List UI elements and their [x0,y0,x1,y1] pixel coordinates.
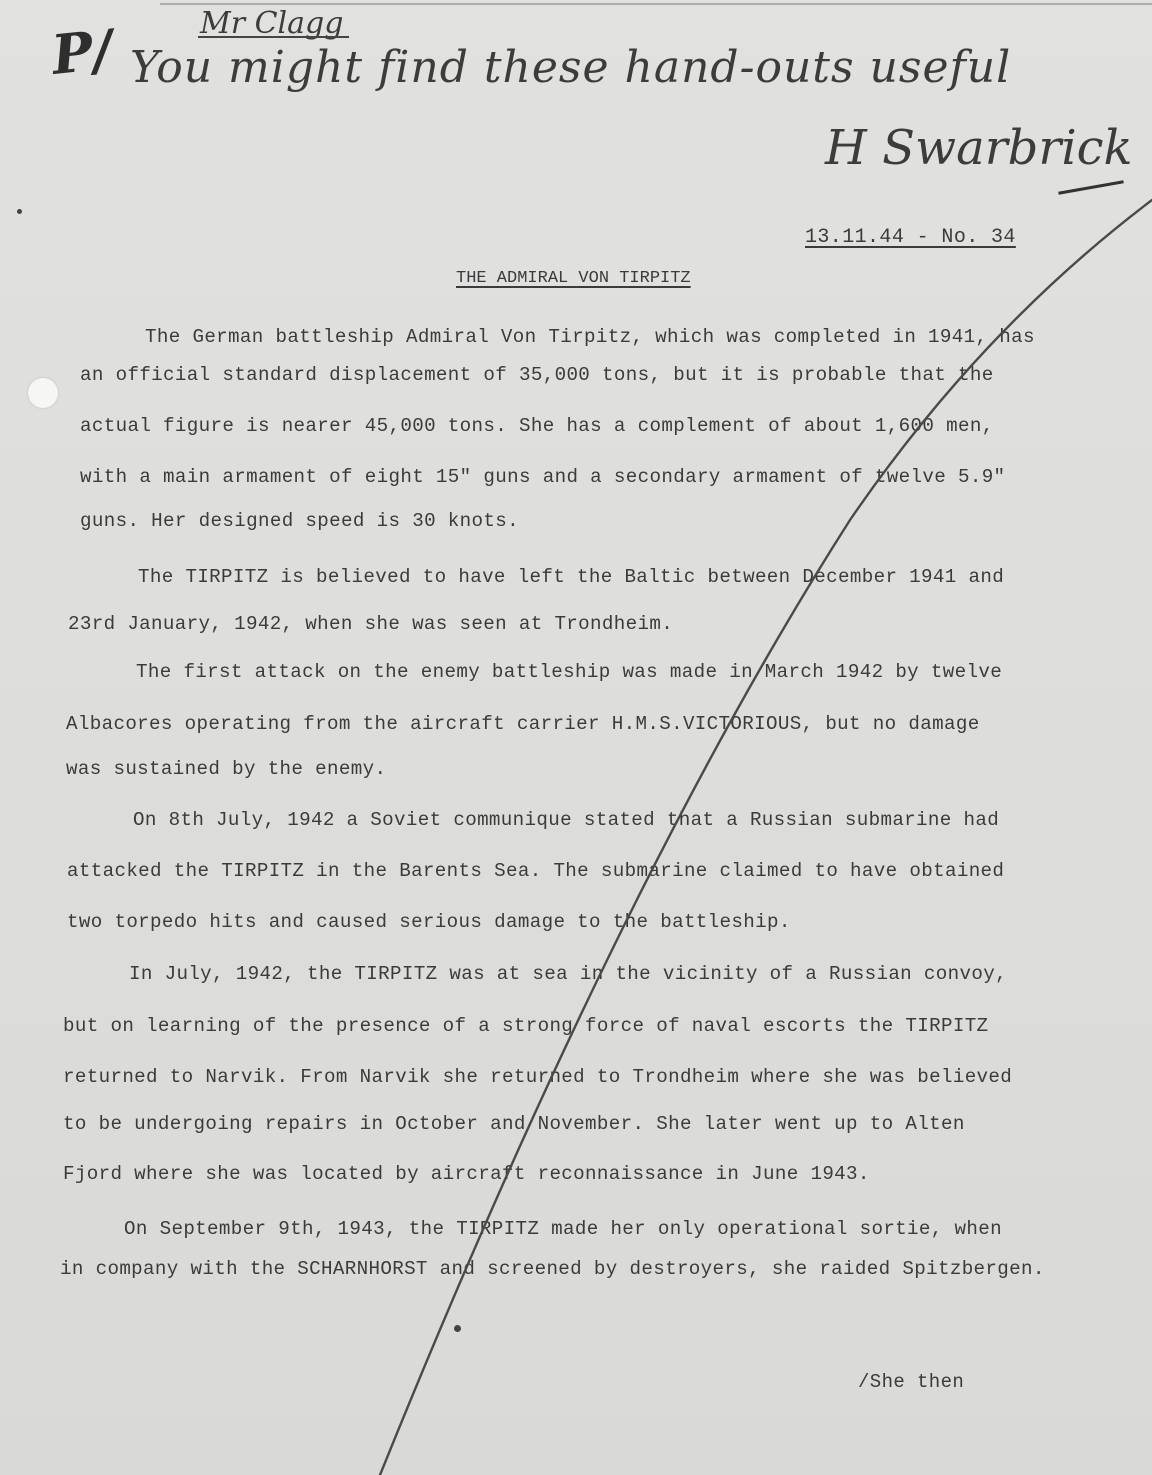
diagonal-pen-stroke [0,0,1152,1475]
document-page: P/ Mr Clagg You might find these hand-ou… [0,0,1152,1475]
